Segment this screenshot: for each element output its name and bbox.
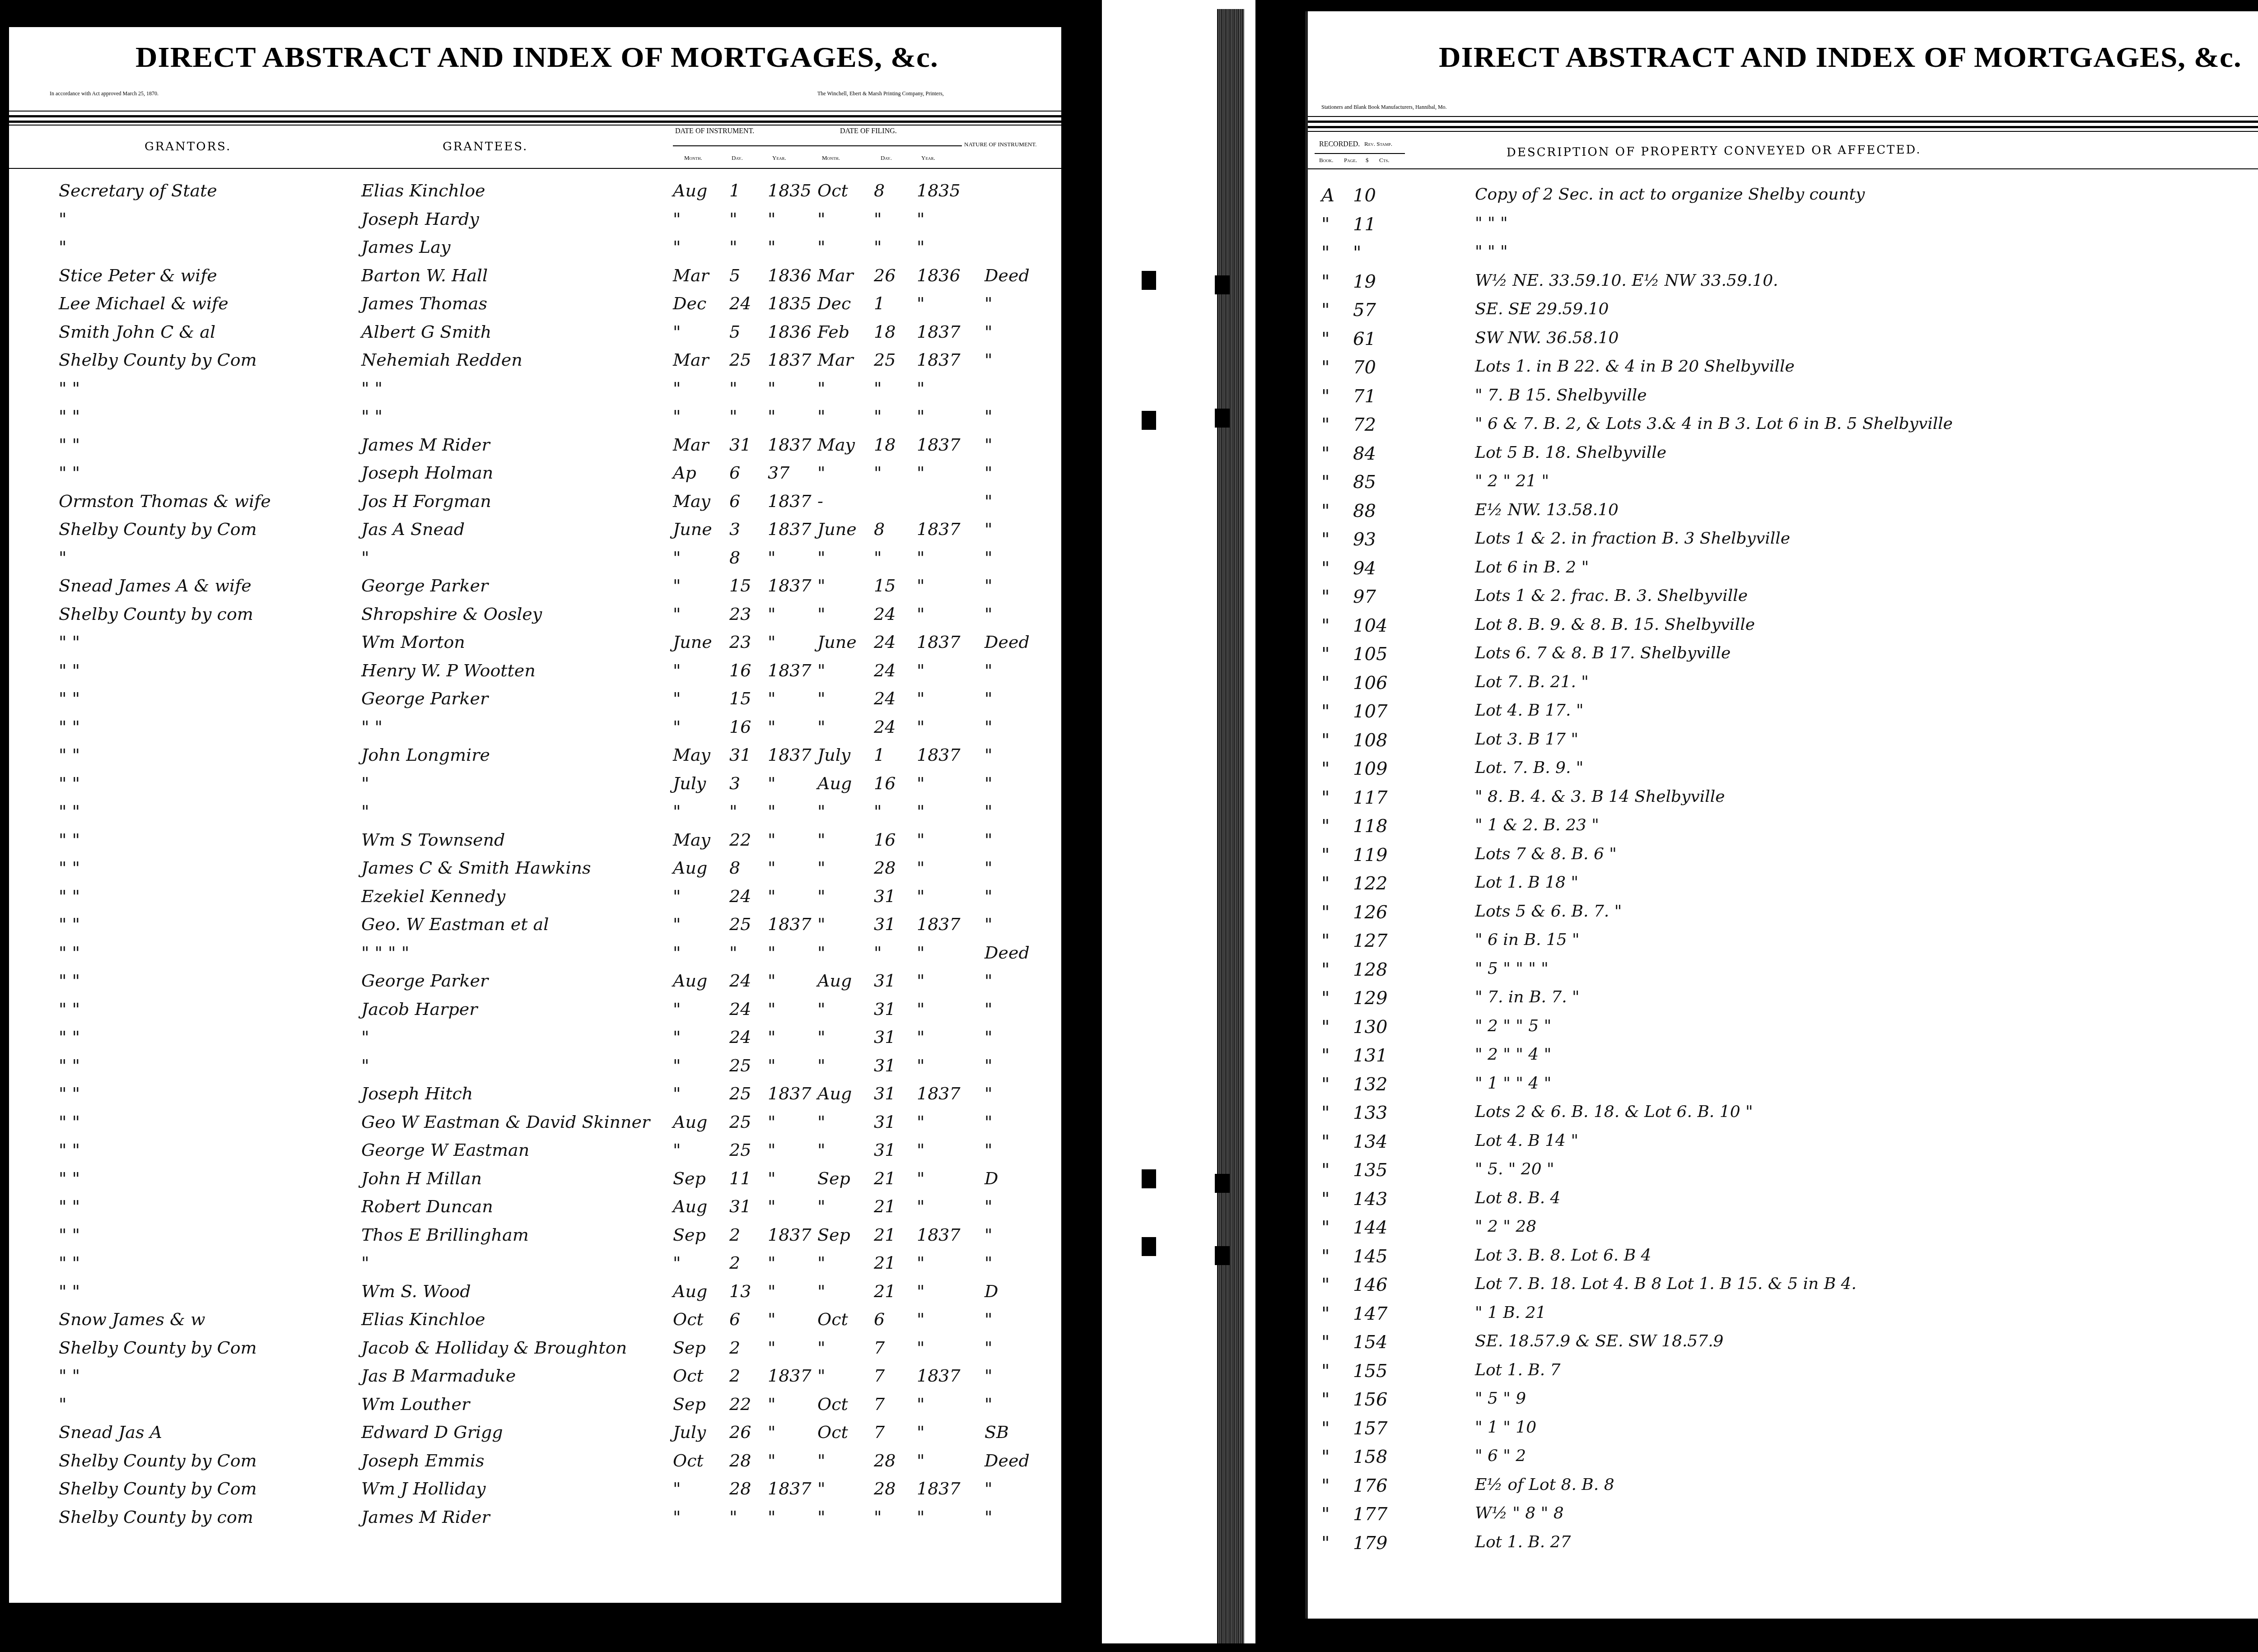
filing-month-cell: "	[817, 830, 825, 850]
book-cell: "	[1321, 1303, 1330, 1324]
property-description-cell: " 1 & 2. B. 23 "	[1475, 816, 1599, 834]
book-cell: "	[1321, 242, 1330, 263]
grantee-cell: George Parker	[361, 971, 488, 991]
filing-month-cell: "	[817, 943, 825, 963]
instrument-day-cell: 15	[729, 576, 751, 596]
subheader-cents: Cts.	[1379, 157, 1389, 164]
property-description-cell: Lot 1. B 18 "	[1475, 873, 1578, 892]
nature-of-instrument-cell: "	[984, 1366, 992, 1386]
instrument-day-cell: 25	[729, 350, 751, 370]
instrument-day-cell: "	[729, 801, 737, 821]
page-cell: 145	[1353, 1246, 1387, 1267]
grantee-cell: James Lay	[361, 237, 450, 257]
grantor-cell: Shelby County by com	[59, 1507, 253, 1527]
instrument-month-cell: "	[673, 1253, 681, 1273]
nature-of-instrument-cell: D	[984, 1281, 998, 1301]
instrument-month-cell: "	[673, 548, 681, 568]
header-rule	[1308, 116, 2258, 117]
grantor-cell: Smith John C & al	[59, 322, 215, 342]
grantee-cell: Wm S. Wood	[361, 1281, 471, 1301]
filing-month-cell: "	[817, 209, 825, 229]
filing-year-cell: "	[917, 1140, 924, 1160]
property-description-cell: " 8. B. 4. & 3. B 14 Shelbyville	[1475, 787, 1725, 806]
filing-day-cell: 31	[874, 971, 896, 991]
property-description-cell: Copy of 2 Sec. in act to organize Shelby…	[1475, 185, 1865, 204]
filing-day-cell: 7	[874, 1366, 885, 1386]
header-rule	[1308, 131, 2258, 132]
filing-day-cell: 31	[874, 1084, 896, 1103]
nature-of-instrument-cell: "	[984, 463, 992, 483]
filing-month-cell: Aug	[817, 971, 852, 991]
filing-year-cell: "	[917, 1451, 924, 1471]
nature-of-instrument-cell: "	[984, 773, 992, 793]
page-cell: 146	[1353, 1275, 1387, 1295]
instrument-year-cell: "	[768, 717, 775, 737]
instrument-day-cell: 2	[729, 1253, 740, 1273]
property-description-cell: " " "	[1475, 214, 1508, 233]
filing-year-cell: "	[917, 971, 924, 991]
filing-day-cell: 31	[874, 1027, 896, 1047]
property-description-cell: Lot. 7. B. 9. "	[1475, 759, 1583, 777]
instrument-year-cell: 1837	[768, 350, 812, 370]
book-cell: "	[1321, 1017, 1330, 1038]
filing-day-cell: 8	[874, 519, 885, 539]
filing-month-cell: "	[817, 576, 825, 596]
filing-month-cell: "	[817, 1196, 825, 1216]
page-cell: 130	[1353, 1017, 1387, 1038]
property-description-cell: Lot 3. B. 8. Lot 6. B 4	[1475, 1246, 1652, 1265]
page-title: DIRECT ABSTRACT AND INDEX OF MORTGAGES, …	[1439, 41, 2242, 74]
filing-year-cell: 1836	[917, 265, 961, 285]
filing-year-cell: 1837	[917, 1366, 961, 1386]
book-cell: "	[1321, 329, 1330, 349]
binding-tab	[1215, 1174, 1229, 1193]
column-header-date-of-filing: DATE OF FILING.	[840, 127, 897, 135]
instrument-day-cell: 3	[729, 519, 740, 539]
grantee-cell: Jos H Forgman	[361, 491, 491, 511]
filing-month-cell: "	[817, 1056, 825, 1075]
filing-month-cell: "	[817, 378, 825, 398]
filing-day-cell: 21	[874, 1253, 896, 1273]
book-cell: "	[1321, 673, 1330, 693]
instrument-year-cell: 1835	[768, 181, 812, 200]
filing-day-cell: "	[874, 548, 882, 568]
grantee-cell: Elias Kinchloe	[361, 1309, 485, 1329]
instrument-month-cell: "	[673, 1479, 681, 1498]
book-cell: "	[1321, 1131, 1330, 1152]
grantee-cell: Wm J Holliday	[361, 1479, 485, 1498]
filing-month-cell: "	[817, 1338, 825, 1358]
instrument-year-cell: 1837	[768, 576, 812, 596]
grantor-cell: " "	[59, 1253, 80, 1273]
instrument-day-cell: 23	[729, 604, 751, 624]
grantor-cell: " "	[59, 406, 80, 426]
instrument-month-cell: Ap	[673, 463, 696, 483]
book-cell: "	[1321, 1160, 1330, 1181]
instrument-year-cell: "	[768, 548, 775, 568]
filing-month-cell: "	[817, 661, 825, 680]
instrument-year-cell: 1837	[768, 435, 812, 455]
property-description-cell: W½ " 8 " 8	[1475, 1504, 1564, 1522]
instrument-day-cell: 28	[729, 1479, 751, 1498]
property-description-cell: " 2 " " 5 "	[1475, 1017, 1551, 1035]
page-cell: 177	[1353, 1504, 1387, 1525]
nature-of-instrument-cell: "	[984, 1027, 992, 1047]
grantor-cell: " "	[59, 745, 80, 765]
instrument-year-cell: "	[768, 830, 775, 850]
filing-month-cell: Mar	[817, 265, 854, 285]
book-cell: "	[1321, 1389, 1330, 1410]
page-cell: 154	[1353, 1332, 1387, 1353]
instrument-day-cell: 24	[729, 999, 751, 1019]
filing-month-cell: July	[817, 745, 850, 765]
instrument-day-cell: 24	[729, 1027, 751, 1047]
instrument-day-cell: 26	[729, 1422, 751, 1442]
filing-month-cell: "	[817, 604, 825, 624]
filing-day-cell: 21	[874, 1196, 896, 1216]
property-description-cell: Lot 1. B. 7	[1475, 1361, 1561, 1379]
instrument-year-cell: 1837	[768, 491, 812, 511]
grantee-cell: James M Rider	[361, 1507, 490, 1527]
nature-of-instrument-cell: "	[984, 1479, 992, 1498]
grantee-cell: Edward D Grigg	[361, 1422, 503, 1442]
instrument-year-cell: "	[768, 1309, 775, 1329]
nature-of-instrument-cell: "	[984, 745, 992, 765]
page-cell: 70	[1353, 357, 1376, 378]
page-cell: 11	[1353, 214, 1376, 235]
grantee-cell: Ezekiel Kennedy	[361, 886, 505, 906]
instrument-month-cell: June	[673, 519, 712, 539]
filing-day-cell: "	[874, 237, 882, 257]
page-cell: 131	[1353, 1045, 1387, 1066]
book-spine	[1217, 9, 1244, 1643]
grantee-cell: " "	[361, 717, 383, 737]
property-description-cell: SE. SE 29.59.10	[1475, 300, 1609, 318]
page-cell: 126	[1353, 902, 1387, 923]
filing-year-cell: "	[917, 1056, 924, 1075]
instrument-month-cell: "	[673, 237, 681, 257]
grantee-cell: Robert Duncan	[361, 1196, 493, 1216]
instrument-month-cell: May	[673, 830, 710, 850]
nature-of-instrument-cell: "	[984, 1309, 992, 1329]
grantee-cell: "	[361, 1056, 369, 1075]
filing-month-cell: Feb	[817, 322, 849, 342]
filing-day-cell: 31	[874, 1140, 896, 1160]
filing-year-cell: "	[917, 209, 924, 229]
instrument-month-cell: Oct	[673, 1451, 704, 1471]
filing-day-cell: "	[874, 943, 882, 963]
nature-of-instrument-cell: "	[984, 576, 992, 596]
page-cell: 122	[1353, 873, 1387, 894]
instrument-month-cell: Mar	[673, 435, 709, 455]
nature-of-instrument-cell: "	[984, 1140, 992, 1160]
page-cell: 109	[1353, 759, 1387, 779]
filing-day-cell: 28	[874, 1451, 896, 1471]
book-cell: "	[1321, 759, 1330, 779]
instrument-year-cell: "	[768, 1168, 775, 1188]
subheader-page: Page.	[1344, 157, 1357, 164]
filing-month-cell: Oct	[817, 181, 848, 200]
filing-year-cell: "	[917, 463, 924, 483]
grantor-cell: Shelby County by Com	[59, 1451, 257, 1471]
nature-of-instrument-cell: "	[984, 914, 992, 934]
filing-month-cell: "	[817, 914, 825, 934]
filing-year-cell: 1837	[917, 519, 961, 539]
grantor-cell: " "	[59, 378, 80, 398]
filing-month-cell: "	[817, 689, 825, 708]
nature-of-instrument-cell: "	[984, 435, 992, 455]
page-cell: 10	[1353, 185, 1376, 206]
page-cell: 147	[1353, 1303, 1387, 1324]
filing-year-cell: 1837	[917, 435, 961, 455]
filing-month-cell: "	[817, 1281, 825, 1301]
page-cell: 133	[1353, 1103, 1387, 1123]
instrument-month-cell: July	[673, 1422, 706, 1442]
page-cell: 108	[1353, 730, 1387, 751]
filing-day-cell: 31	[874, 1056, 896, 1075]
book-cell: "	[1321, 558, 1330, 579]
property-description-cell: " 7. B 15. Shelbyville	[1475, 386, 1647, 405]
nature-of-instrument-cell: "	[984, 886, 992, 906]
instrument-year-cell: "	[768, 1027, 775, 1047]
filing-day-cell: 24	[874, 689, 896, 708]
subheader-year-filing: Year.	[921, 154, 935, 162]
instrument-year-cell: "	[768, 406, 775, 426]
grantor-cell: " "	[59, 661, 80, 680]
filing-month-cell: June	[817, 632, 857, 652]
nature-of-instrument-cell: "	[984, 1112, 992, 1132]
property-description-cell: " 6 & 7. B. 2, & Lots 3.& 4 in B 3. Lot …	[1475, 414, 1953, 433]
page-cell: 144	[1353, 1217, 1387, 1238]
instrument-month-cell: Sep	[673, 1225, 706, 1245]
book-cell: "	[1321, 443, 1330, 464]
instrument-month-cell: "	[673, 999, 681, 1019]
property-description-cell: " 5. " 20 "	[1475, 1160, 1554, 1178]
filing-month-cell: "	[817, 237, 825, 257]
page-cell: 156	[1353, 1389, 1387, 1410]
nature-of-instrument-cell: "	[984, 1196, 992, 1216]
filing-day-cell: 25	[874, 350, 896, 370]
subheader-book: Book.	[1319, 157, 1333, 164]
book-cell: "	[1321, 1217, 1330, 1238]
nature-of-instrument-cell: "	[984, 548, 992, 568]
filing-year-cell: "	[917, 1168, 924, 1188]
filing-year-cell: "	[917, 1281, 924, 1301]
nature-of-instrument-cell: Deed	[984, 1451, 1030, 1471]
date-header-rule	[673, 145, 962, 146]
book-cell: "	[1321, 787, 1330, 808]
grantee-cell: George Parker	[361, 689, 488, 708]
book-cell: "	[1321, 1475, 1330, 1496]
filing-year-cell: "	[917, 661, 924, 680]
property-description-cell: W½ NE. 33.59.10. E½ NW 33.59.10.	[1475, 271, 1778, 290]
instrument-day-cell: 2	[729, 1366, 740, 1386]
property-description-cell: " 2 " 21 "	[1475, 472, 1549, 490]
property-description-cell: E½ of Lot 8. B. 8	[1475, 1475, 1614, 1494]
grantor-cell: Snow James & w	[59, 1309, 205, 1329]
nature-of-instrument-cell: "	[984, 717, 992, 737]
book-cell: "	[1321, 1275, 1330, 1295]
grantor-cell: " "	[59, 999, 80, 1019]
book-cell: "	[1321, 1103, 1330, 1123]
subheader-dollars: $	[1366, 157, 1369, 164]
filing-month-cell: "	[817, 1253, 825, 1273]
header-rule	[1308, 126, 2258, 128]
binding-tab	[1215, 275, 1229, 294]
filing-day-cell: 7	[874, 1422, 885, 1442]
grantor-cell: " "	[59, 773, 80, 793]
nature-of-instrument-cell: "	[984, 1338, 992, 1358]
grantor-cell: "	[59, 209, 66, 229]
filing-month-cell: Aug	[817, 773, 852, 793]
binding-tab	[1215, 1246, 1229, 1265]
instrument-day-cell: 3	[729, 773, 740, 793]
book-cell: "	[1321, 1447, 1330, 1467]
nature-of-instrument-cell: "	[984, 519, 992, 539]
filing-month-cell: "	[817, 1507, 825, 1527]
instrument-month-cell: "	[673, 576, 681, 596]
grantor-cell: " "	[59, 858, 80, 878]
instrument-year-cell: "	[768, 1196, 775, 1216]
grantee-cell: Jas B Marmaduke	[361, 1366, 516, 1386]
instrument-year-cell: 1837	[768, 914, 812, 934]
instrument-month-cell: "	[673, 661, 681, 680]
grantee-cell: James C & Smith Hawkins	[361, 858, 591, 878]
filing-year-cell: 1837	[917, 745, 961, 765]
grantor-cell: "	[59, 1394, 66, 1414]
filing-year-cell: "	[917, 1338, 924, 1358]
property-description-cell: " 1 B. 21	[1475, 1303, 1546, 1322]
instrument-year-cell: "	[768, 689, 775, 708]
book-cell: "	[1321, 300, 1330, 321]
property-description-cell: Lot 4. B 17. "	[1475, 701, 1583, 720]
binding-tab	[1142, 1237, 1156, 1256]
column-header-recorded: RECORDED.	[1319, 140, 1360, 149]
filing-year-cell: "	[917, 1422, 924, 1442]
page-cell: 88	[1353, 501, 1376, 521]
book-cell: "	[1321, 644, 1330, 665]
instrument-month-cell: "	[673, 322, 681, 342]
property-description-cell: " 6 in B. 15 "	[1475, 931, 1580, 949]
property-description-cell: Lot 6 in B. 2 "	[1475, 558, 1589, 577]
instrument-day-cell: 15	[729, 689, 751, 708]
filing-month-cell: "	[817, 1140, 825, 1160]
column-header-rev-stamp: Rev. Stamp.	[1364, 140, 1392, 148]
instrument-year-cell: "	[768, 1253, 775, 1273]
filing-month-cell: Aug	[817, 1084, 852, 1103]
instrument-year-cell: 1837	[768, 745, 812, 765]
page-cell: 132	[1353, 1074, 1387, 1095]
page-cell: 117	[1353, 787, 1387, 808]
instrument-month-cell: "	[673, 801, 681, 821]
filing-year-cell: "	[917, 717, 924, 737]
filing-month-cell: "	[817, 463, 825, 483]
imprint-printer: The Winchell, Ebert & Marsh Printing Com…	[817, 90, 944, 97]
filing-day-cell: 8	[874, 181, 885, 200]
property-description-cell: SE. 18.57.9 & SE. SW 18.57.9	[1475, 1332, 1724, 1350]
filing-month-cell: "	[817, 858, 825, 878]
filing-day-cell: 15	[874, 576, 896, 596]
instrument-year-cell: "	[768, 1422, 775, 1442]
grantee-cell: James Thomas	[361, 293, 487, 313]
instrument-day-cell: 31	[729, 1196, 751, 1216]
instrument-month-cell: Sep	[673, 1168, 706, 1188]
grantee-cell: "	[361, 801, 369, 821]
instrument-year-cell: 1835	[768, 293, 812, 313]
book-cell: A	[1321, 185, 1334, 206]
grantee-cell: Shropshire & Oosley	[361, 604, 542, 624]
grantee-cell: Geo W Eastman & David Skinner	[361, 1112, 650, 1132]
page-cell: 61	[1353, 329, 1376, 349]
filing-month-cell: "	[817, 801, 825, 821]
property-description-cell: Lot 7. B. 21. "	[1475, 673, 1589, 691]
instrument-month-cell: "	[673, 717, 681, 737]
instrument-year-cell: 1837	[768, 1366, 812, 1386]
grantee-cell: " " " "	[361, 943, 409, 963]
instrument-day-cell: 31	[729, 745, 751, 765]
filing-year-cell: 1837	[917, 350, 961, 370]
instrument-day-cell: "	[729, 406, 737, 426]
filing-day-cell: 28	[874, 1479, 896, 1498]
filing-year-cell: "	[917, 1112, 924, 1132]
grantee-cell: James M Rider	[361, 435, 490, 455]
filing-year-cell: "	[917, 943, 924, 963]
grantee-cell: Wm S Townsend	[361, 830, 505, 850]
filing-month-cell: Sep	[817, 1168, 850, 1188]
grantee-cell: George W Eastman	[361, 1140, 529, 1160]
nature-of-instrument-cell: "	[984, 830, 992, 850]
instrument-month-cell: Aug	[673, 1112, 707, 1132]
book-cell: "	[1321, 1418, 1330, 1439]
page-cell: 84	[1353, 443, 1376, 464]
grantee-cell: "	[361, 548, 369, 568]
property-description-cell: Lots 1 & 2. in fraction B. 3 Shelbyville	[1475, 529, 1790, 548]
grantor-cell: " "	[59, 914, 80, 934]
nature-of-instrument-cell: "	[984, 293, 992, 313]
property-description-cell: " 5 " 9	[1475, 1389, 1526, 1408]
instrument-year-cell: 1837	[768, 1084, 812, 1103]
instrument-day-cell: 28	[729, 1451, 751, 1471]
grantee-cell: " "	[361, 406, 383, 426]
column-header-grantors: GRANTORS.	[145, 140, 231, 154]
book-cell: "	[1321, 1246, 1330, 1267]
book-cell: "	[1321, 357, 1330, 378]
grantor-cell: " "	[59, 717, 80, 737]
book-cell: "	[1321, 1504, 1330, 1525]
grantor-cell: " "	[59, 435, 80, 455]
filing-day-cell: 24	[874, 717, 896, 737]
nature-of-instrument-cell: Deed	[984, 265, 1030, 285]
page-cell: 57	[1353, 300, 1376, 321]
instrument-month-cell: Aug	[673, 858, 707, 878]
subheader-year: Year.	[772, 154, 786, 162]
instrument-month-cell: Aug	[673, 971, 707, 991]
imprint-stationers: Stationers and Blank Book Manufacturers,…	[1321, 104, 1447, 111]
filing-year-cell: "	[917, 1027, 924, 1047]
instrument-day-cell: 24	[729, 971, 751, 991]
page-cell: 107	[1353, 701, 1387, 722]
grantor-cell: Shelby County by com	[59, 604, 253, 624]
page-cell: 85	[1353, 472, 1376, 493]
grantor-cell: Ormston Thomas & wife	[59, 491, 271, 511]
filing-day-cell: "	[874, 1507, 882, 1527]
book-cell: "	[1321, 1045, 1330, 1066]
page-cell: 158	[1353, 1447, 1387, 1467]
page-cell: 106	[1353, 673, 1387, 693]
instrument-day-cell: 6	[729, 491, 740, 511]
grantee-cell: Joseph Hardy	[361, 209, 479, 229]
instrument-month-cell: Aug	[673, 1196, 707, 1216]
